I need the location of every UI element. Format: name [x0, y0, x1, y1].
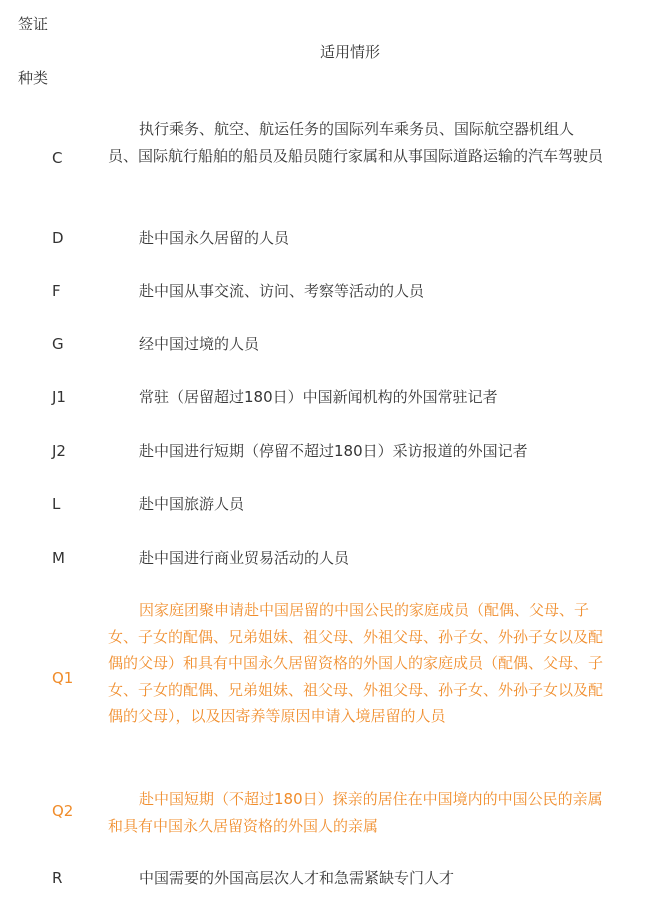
- visa-description: 赴中国从事交流、访问、考察等活动的人员: [139, 281, 424, 301]
- visa-description: 赴中国永久居留的人员: [139, 228, 289, 248]
- visa-type-header-line2: 种类: [18, 68, 48, 88]
- visa-code: L: [52, 494, 60, 514]
- visa-code: R: [52, 868, 62, 888]
- visa-description: 常驻（居留超过180日）中国新闻机构的外国常驻记者: [139, 387, 498, 407]
- visa-description: 经中国过境的人员: [139, 334, 259, 354]
- visa-description: 赴中国进行短期（停留不超过180日）采访报道的外国记者: [139, 441, 528, 461]
- visa-code: Q2: [52, 801, 73, 821]
- visa-description: 赴中国短期（不超过180日）探亲的居住在中国境内的中国公民的亲属和具有中国永久居…: [108, 786, 603, 839]
- visa-description: 中国需要的外国高层次人才和急需紧缺专门人才: [139, 868, 454, 888]
- applicable-situation-header: 适用情形: [320, 42, 380, 62]
- visa-code: F: [52, 281, 61, 301]
- visa-code: C: [52, 148, 62, 168]
- visa-description: 赴中国旅游人员: [139, 494, 244, 514]
- visa-code: D: [52, 228, 64, 248]
- visa-code: J1: [52, 387, 66, 407]
- visa-code: G: [52, 334, 64, 354]
- visa-description: 执行乘务、航空、航运任务的国际列车乘务员、国际航空器机组人员、国际航行船舶的船员…: [108, 116, 603, 169]
- visa-code: Q1: [52, 668, 73, 688]
- visa-description: 赴中国进行商业贸易活动的人员: [139, 548, 349, 568]
- visa-code: M: [52, 548, 65, 568]
- visa-code: J2: [52, 441, 66, 461]
- visa-type-header-line1: 签证: [18, 14, 48, 34]
- visa-description: 因家庭团聚申请赴中国居留的中国公民的家庭成员（配偶、父母、子女、子女的配偶、兄弟…: [108, 597, 603, 730]
